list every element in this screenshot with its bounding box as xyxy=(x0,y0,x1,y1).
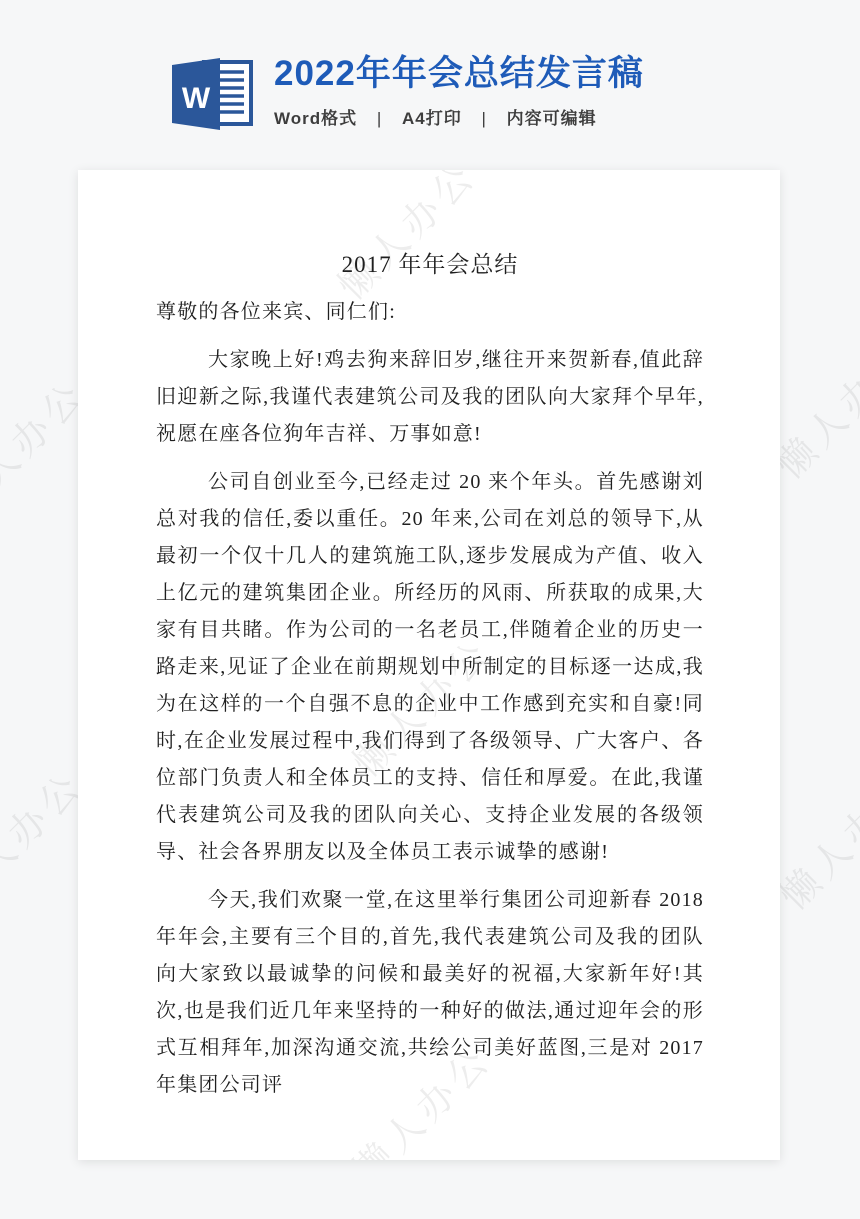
format-a4-label: A4打印 xyxy=(402,109,462,128)
doc-paragraph: 今天,我们欢聚一堂,在这里举行集团公司迎新春 2018 年年会,主要有三个目的,… xyxy=(156,882,704,1104)
format-word-label: Word格式 xyxy=(274,109,357,128)
separator: | xyxy=(377,109,382,128)
svg-text:W: W xyxy=(182,82,211,115)
page-title: 2022年年会总结发言稿 xyxy=(274,54,644,94)
separator: | xyxy=(481,109,486,128)
document-body: 2017 年年会总结 尊敬的各位来宾、同仁们: 大家晚上好!鸡去狗来辞旧岁,继往… xyxy=(78,170,780,1104)
document-header: W 2022年年会总结发言稿 Word格式 | A4打印 | 内容可编辑 xyxy=(168,54,644,130)
page-background: 懒人办公 懒人办公 懒人办公 懒人办公 W 2022年年会总结发言稿 Word格… xyxy=(0,0,860,1219)
doc-paragraph: 大家晚上好!鸡去狗来辞旧岁,继往开来贺新春,值此辞旧迎新之际,我谨代表建筑公司及… xyxy=(156,342,704,453)
format-editable-label: 内容可编辑 xyxy=(507,109,597,128)
format-info: Word格式 | A4打印 | 内容可编辑 xyxy=(274,104,644,129)
doc-paragraph-greeting: 尊敬的各位来宾、同仁们: xyxy=(156,294,704,331)
doc-paragraph: 公司自创业至今,已经走过 20 来个年头。首先感谢刘总对我的信任,委以重任。20… xyxy=(156,464,704,871)
header-text-block: 2022年年会总结发言稿 Word格式 | A4打印 | 内容可编辑 xyxy=(274,54,644,129)
word-icon: W xyxy=(168,58,256,130)
doc-title: 2017 年年会总结 xyxy=(156,246,704,283)
document-page: 懒人办公 懒人办公 懒人办公 2017 年年会总结 尊敬的各位来宾、同仁们: 大… xyxy=(78,170,780,1160)
